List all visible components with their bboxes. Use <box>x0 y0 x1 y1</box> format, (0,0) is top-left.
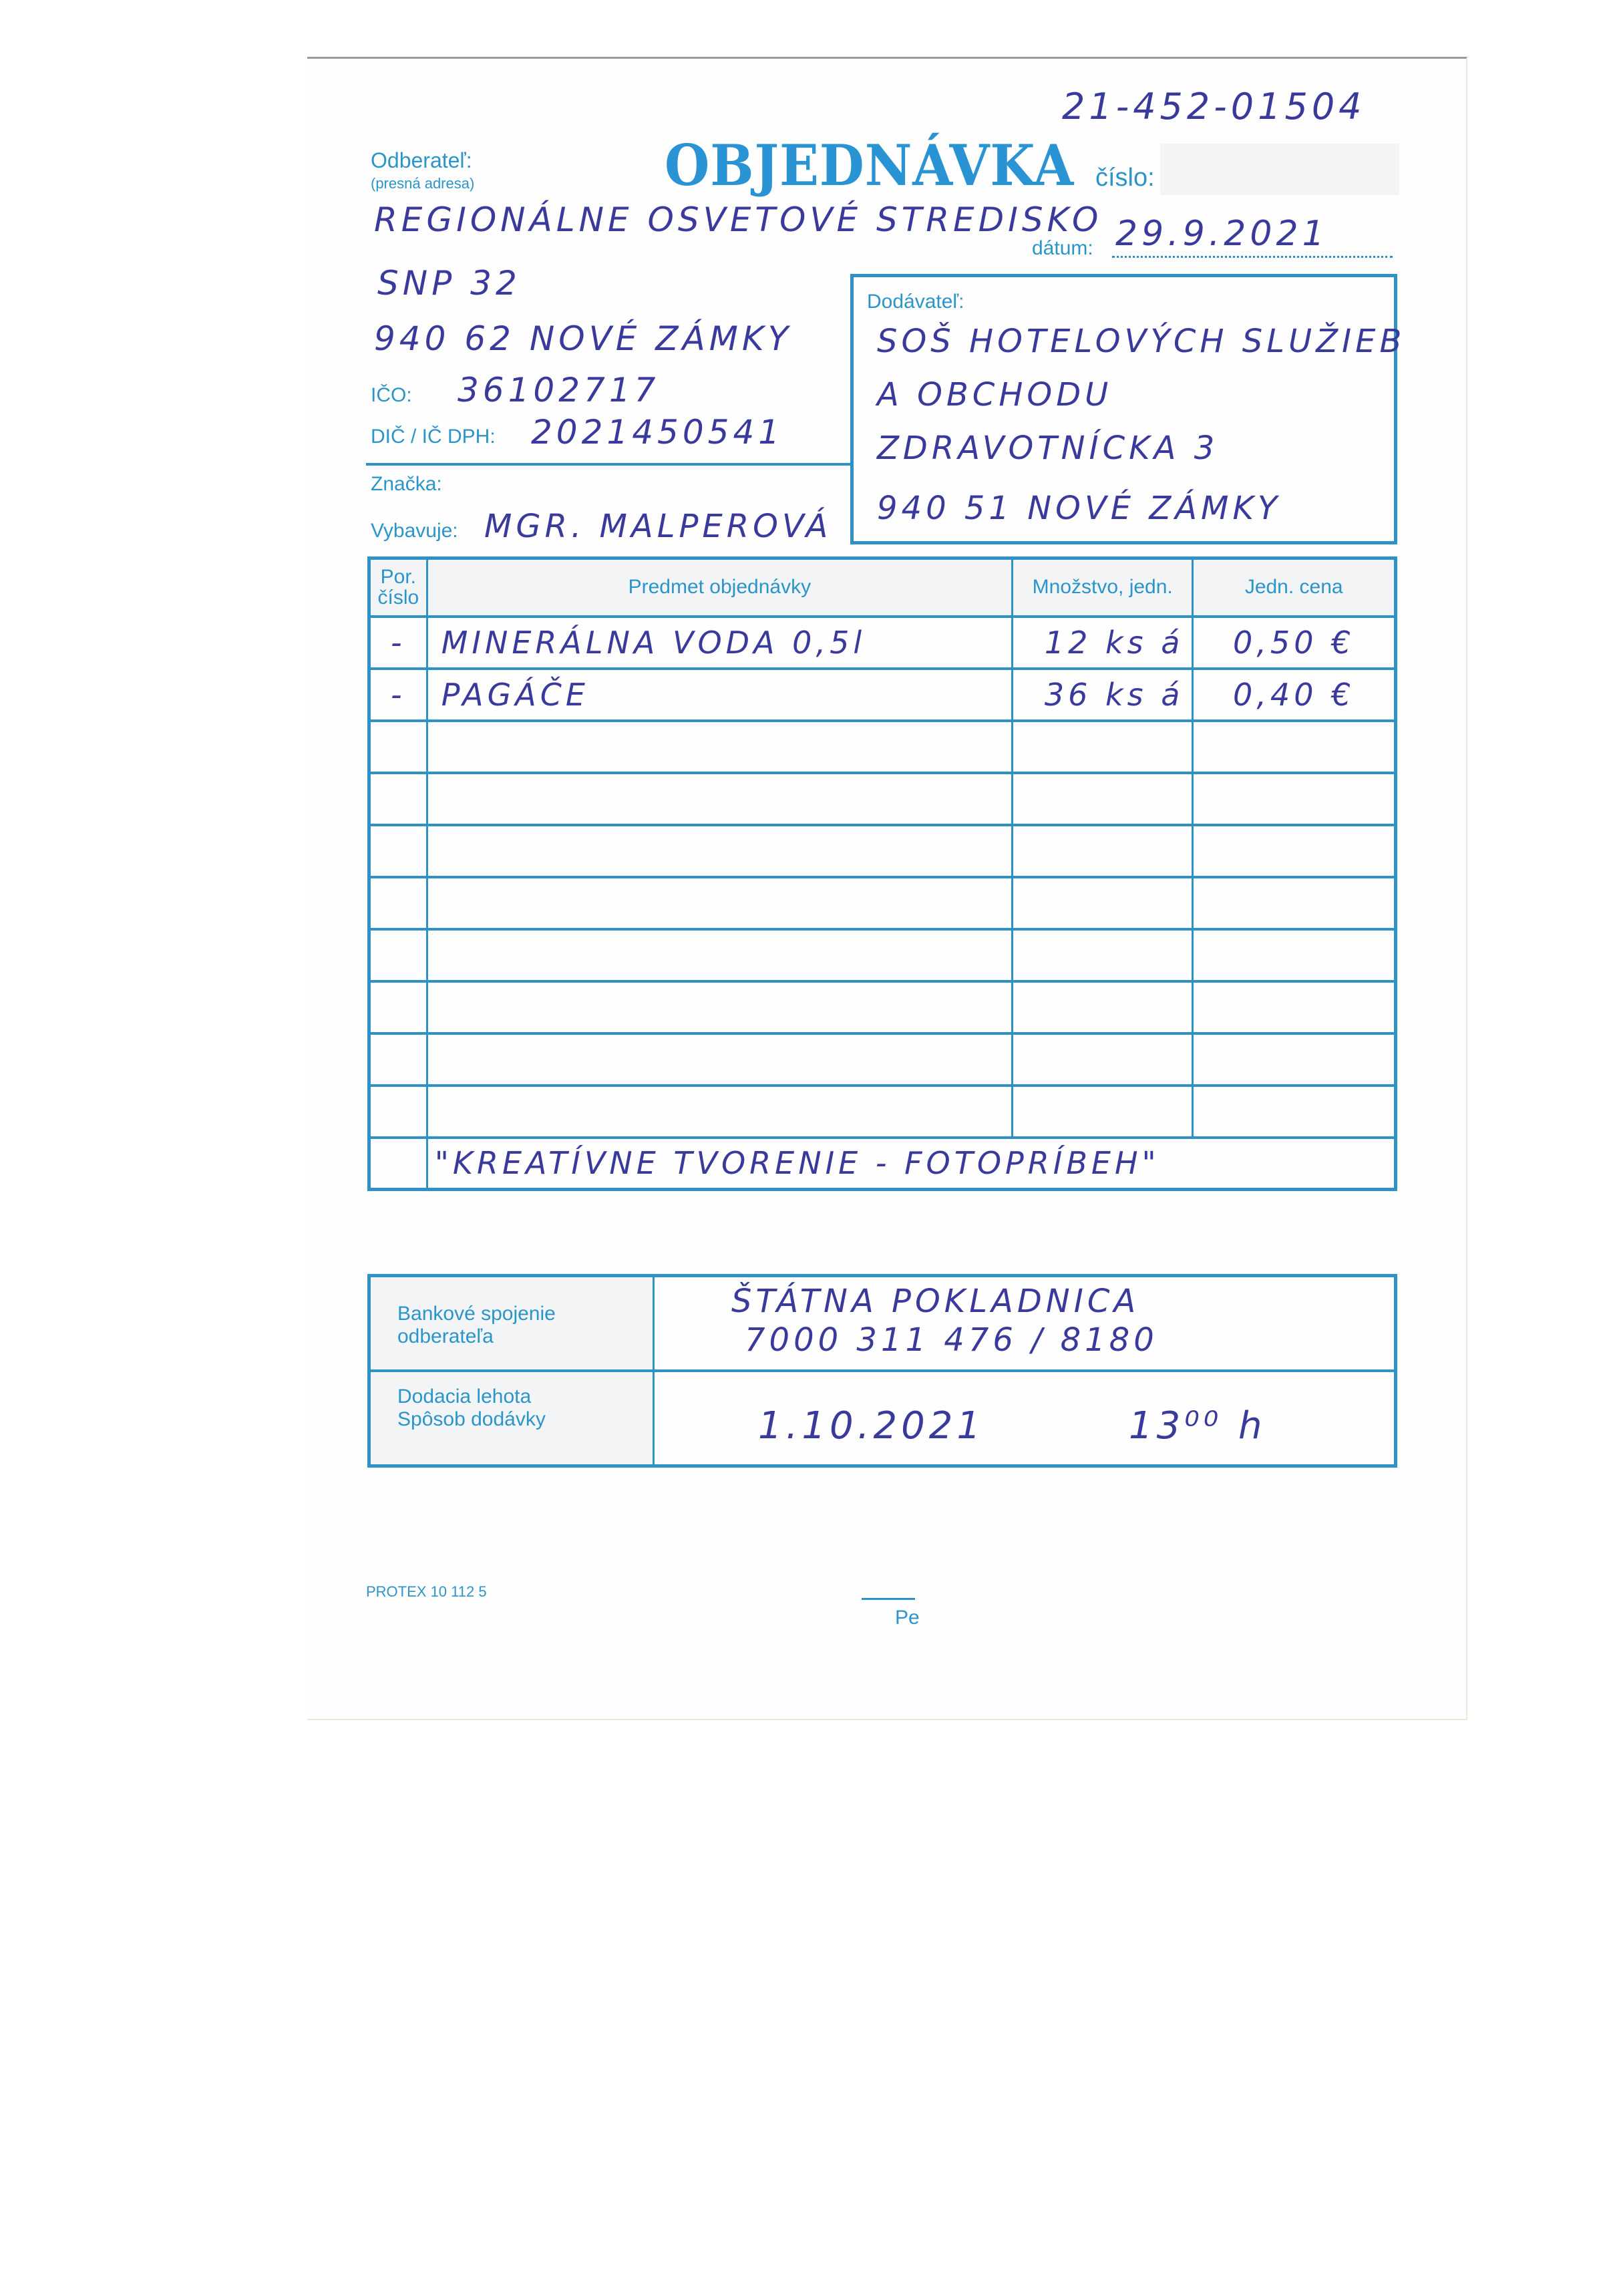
row-por[interactable] <box>369 877 427 929</box>
header-por-line2: číslo <box>378 587 419 609</box>
ico-value[interactable]: 36102717 <box>458 371 660 409</box>
row-item[interactable] <box>427 929 1012 981</box>
row-por[interactable]: - <box>369 669 427 721</box>
header-qty: Množstvo, jedn. <box>1013 558 1193 617</box>
note-por <box>369 1138 427 1190</box>
supplier-line-2: A OBCHODU <box>877 376 1112 414</box>
form-code: PROTEX 10 112 5 <box>366 1583 487 1601</box>
row-por[interactable] <box>369 721 427 773</box>
row-price[interactable] <box>1193 981 1396 1033</box>
row-por[interactable] <box>369 1033 427 1086</box>
row-por[interactable] <box>369 981 427 1033</box>
customer-city: 940 62 NOVÉ ZÁMKY <box>374 319 792 358</box>
row-price[interactable]: 0,40 € <box>1193 669 1396 721</box>
row-por[interactable] <box>369 773 427 825</box>
row-item[interactable] <box>427 877 1012 929</box>
table-header-row: Por. číslo Predmet objednávky Množstvo, … <box>369 558 1396 617</box>
supplier-line-3: ZDRAVOTNÍCKA 3 <box>877 430 1218 467</box>
row-price[interactable] <box>1193 929 1396 981</box>
row-item[interactable] <box>427 773 1012 825</box>
row-price[interactable] <box>1193 1086 1396 1138</box>
date-label: dátum: <box>1032 237 1093 260</box>
dic-value[interactable]: 2021450541 <box>531 413 783 452</box>
row-por[interactable] <box>369 1086 427 1138</box>
signature-label: Pe <box>895 1607 920 1629</box>
header-item: Predmet objednávky <box>427 558 1012 617</box>
bank-delivery-box: Bankové spojenie odberateľa Dodacia leho… <box>367 1274 1397 1468</box>
row-por[interactable] <box>369 929 427 981</box>
row-price[interactable] <box>1193 877 1396 929</box>
row-qty[interactable] <box>1013 721 1193 773</box>
row-qty[interactable] <box>1013 1033 1193 1086</box>
row-qty[interactable]: 12 ks á <box>1013 617 1193 669</box>
row-item[interactable] <box>427 1086 1012 1138</box>
customer-street: SNP 32 <box>377 264 521 303</box>
supplier-label: Dodávateľ: <box>867 291 964 313</box>
bank-label-line1: Bankové spojenie <box>397 1303 653 1325</box>
header-por: Por. číslo <box>369 558 427 617</box>
table-row <box>369 1033 1396 1086</box>
customer-sublabel: (presná adresa) <box>371 175 474 192</box>
vybavuje-value[interactable]: MGR. MALPEROVÁ <box>484 508 832 545</box>
table-row <box>369 773 1396 825</box>
row-price[interactable] <box>1193 721 1396 773</box>
delivery-date[interactable]: 1.10.2021 <box>758 1404 985 1448</box>
row-qty[interactable] <box>1013 877 1193 929</box>
customer-divider <box>366 463 852 466</box>
table-note-row: "KREATÍVNE TVORENIE - FOTOPRÍBEH" <box>369 1138 1396 1190</box>
row-qty[interactable] <box>1013 825 1193 877</box>
row-item[interactable] <box>427 981 1012 1033</box>
row-por[interactable]: - <box>369 617 427 669</box>
row-por[interactable] <box>369 825 427 877</box>
supplier-line-1: SOŠ HOTELOVÝCH SLUŽIEB <box>877 323 1405 360</box>
supplier-box: Dodávateľ: SOŠ HOTELOVÝCH SLUŽIEB A OBCH… <box>850 274 1397 544</box>
delivery-label-line2: Spôsob dodávky <box>397 1408 653 1431</box>
znacka-label: Značka: <box>371 473 442 496</box>
bank-account[interactable]: 7000 311 476 / 8180 <box>745 1321 1158 1359</box>
row-item[interactable]: MINERÁLNA VODA 0,5l <box>427 617 1012 669</box>
delivery-label: Dodacia lehota Spôsob dodávky <box>371 1372 655 1464</box>
order-number-label: číslo: <box>1095 164 1155 192</box>
header-por-line1: Por. <box>381 566 416 588</box>
row-price[interactable] <box>1193 1033 1396 1086</box>
row-item[interactable] <box>427 825 1012 877</box>
delivery-time[interactable]: 13⁰⁰ h <box>1129 1404 1266 1448</box>
table-row <box>369 981 1396 1033</box>
row-price[interactable] <box>1193 825 1396 877</box>
bank-label-line2: odberateľa <box>397 1325 653 1348</box>
row-qty[interactable]: 36 ks á <box>1013 669 1193 721</box>
ico-label: IČO: <box>371 384 412 407</box>
customer-label: Odberateľ: <box>371 148 472 173</box>
supplier-line-4: 940 51 NOVÉ ZÁMKY <box>877 490 1281 527</box>
bank-label: Bankové spojenie odberateľa <box>371 1277 655 1369</box>
table-row <box>369 825 1396 877</box>
row-price[interactable] <box>1193 773 1396 825</box>
order-items-table: Por. číslo Predmet objednávky Množstvo, … <box>367 556 1397 1191</box>
customer-name: REGIONÁLNE OSVETOVÉ STREDISKO <box>374 200 1102 239</box>
date-dotted-line <box>1112 256 1393 258</box>
row-qty[interactable] <box>1013 1086 1193 1138</box>
row-item[interactable] <box>427 1033 1012 1086</box>
row-price[interactable]: 0,50 € <box>1193 617 1396 669</box>
handwritten-reference-number: 21-452-01504 <box>1062 86 1366 128</box>
header-price: Jedn. cena <box>1193 558 1396 617</box>
vybavuje-label: Vybavuje: <box>371 520 458 542</box>
table-row: - MINERÁLNA VODA 0,5l 12 ks á 0,50 € <box>369 617 1396 669</box>
row-item[interactable] <box>427 721 1012 773</box>
table-row <box>369 877 1396 929</box>
table-row <box>369 721 1396 773</box>
date-value[interactable]: 29.9.2021 <box>1115 214 1328 254</box>
row-qty[interactable] <box>1013 929 1193 981</box>
row-qty[interactable] <box>1013 773 1193 825</box>
dic-label: DIČ / IČ DPH: <box>371 426 496 448</box>
order-number-field[interactable] <box>1160 144 1399 195</box>
bank-name[interactable]: ŠTÁTNA POKLADNICA <box>731 1283 1139 1320</box>
signature-line <box>862 1598 915 1600</box>
row-item[interactable]: PAGÁČE <box>427 669 1012 721</box>
table-row: - PAGÁČE 36 ks á 0,40 € <box>369 669 1396 721</box>
page-title: OBJEDNÁVKA <box>665 132 1074 198</box>
table-row <box>369 929 1396 981</box>
delivery-label-line1: Dodacia lehota <box>397 1385 653 1408</box>
row-qty[interactable] <box>1013 981 1193 1033</box>
table-row <box>369 1086 1396 1138</box>
order-note[interactable]: "KREATÍVNE TVORENIE - FOTOPRÍBEH" <box>427 1138 1395 1190</box>
